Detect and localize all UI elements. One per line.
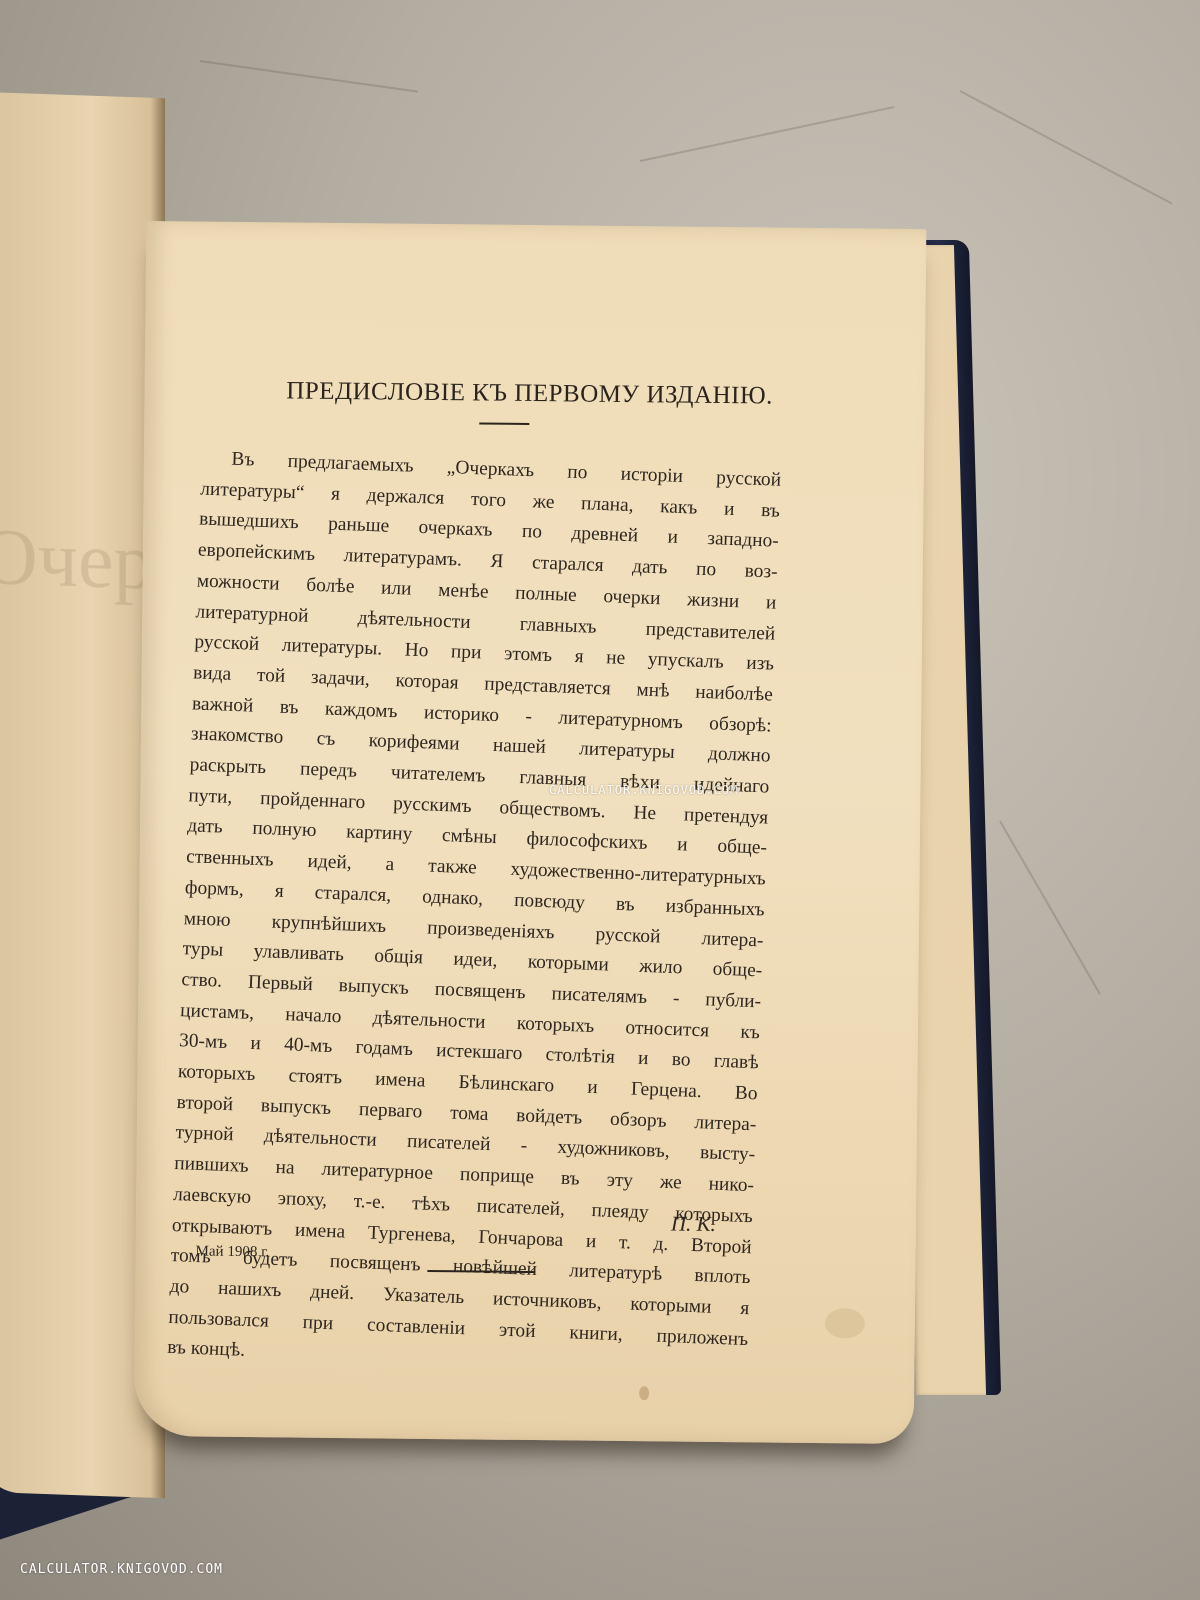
marble-vein [200,60,418,93]
watermark-center: CALCULATOR.KNIGOVOD.COM [549,783,738,797]
title-rule [479,422,529,425]
marble-vein [960,90,1173,204]
book-page: ПРЕДИСЛОВІЕ КЪ ПЕРВОМУ ИЗДАНІЮ. Въ предл… [134,221,927,1444]
watermark-corner: CALCULATOR.KNIGOVOD.COM [20,1562,223,1577]
marble-vein [999,821,1101,995]
author-initials: П. К. [671,1211,716,1236]
preface-date: Май 1908 г. [195,1244,269,1262]
left-page-bleed-text: Очер [0,512,120,607]
page-title: ПРЕДИСЛОВІЕ КЪ ПЕРВОМУ ИЗДАНІЮ. [249,377,809,411]
marble-vein [640,106,895,162]
foxing-spot [825,1308,865,1338]
foxing-spot [639,1386,649,1400]
